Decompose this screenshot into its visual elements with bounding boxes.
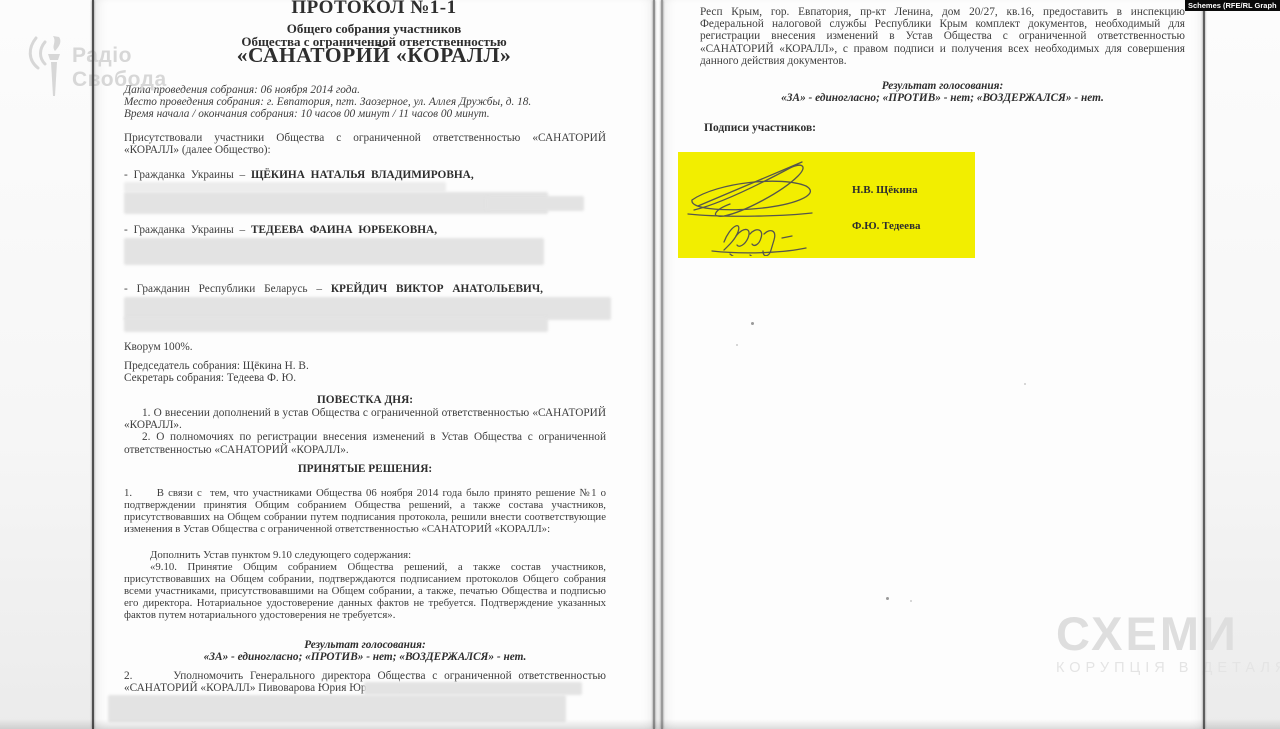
participant-line-2: - Гражданка Украины – ТЕДЕЕВА ФАИНА ЮРБЕ… (124, 224, 606, 236)
scan-speck (736, 344, 738, 346)
schemes-source-badge: Schemes (RFE/RL Graph (1185, 0, 1280, 11)
redaction-block (124, 238, 544, 265)
attendees-intro: Присутствовали участники Общества с огра… (124, 132, 606, 156)
doc-title: ПРОТОКОЛ №1-1 (94, 2, 654, 14)
vote-result-label-2: Результат голосования: (700, 80, 1185, 92)
signature-highlight-box: Н.В. Щёкина Ф.Ю. Тедеева (678, 152, 975, 258)
secretary-line: Секретарь собрания: Тедеева Ф. Ю. (124, 372, 606, 384)
signatory-name-1: Н.В. Щёкина (852, 184, 918, 196)
skhemy-title: СХЕМИ (1056, 610, 1280, 658)
radio-svoboda-watermark: Радіо Свобода (24, 34, 167, 100)
radio-svoboda-text: Радіо Свобода (72, 44, 167, 100)
meeting-meta: Дата проведения собрания: 06 ноября 2014… (124, 84, 606, 121)
meeting-time: Время начала / окончания собрания: 10 ча… (124, 108, 606, 120)
document-page-left: ПРОТОКОЛ №1-1 Общего собрания участников… (94, 0, 654, 729)
participant-1-prefix: - Гражданка Украины – (124, 169, 251, 181)
scan-speck (910, 600, 912, 602)
radio-svoboda-line1: Радіо (72, 44, 167, 68)
participant-2-prefix: - Гражданка Украины – (124, 224, 251, 236)
agenda-item-1: 1. О внесении дополнений в устав Обществ… (124, 407, 606, 431)
signatory-name-2: Ф.Ю. Тедеева (852, 220, 921, 232)
scan-speck (886, 597, 889, 600)
decision-1-para-3: «9.10. Принятие Общим собранием Общества… (124, 561, 606, 621)
participant-line-1: - Гражданка Украины – ЩЁКИНА НАТАЛЬЯ ВЛА… (124, 169, 606, 181)
decision-1-para-2: Дополнить Устав пунктом 9.10 следующего … (124, 549, 606, 561)
decisions-heading: ПРИНЯТЫЕ РЕШЕНИЯ: (124, 463, 606, 475)
participant-line-3: - Гражданин Республики Беларусь – КРЕЙДИ… (124, 283, 606, 295)
page-edge-center-left (653, 0, 655, 729)
meeting-date: Дата проведения собрания: 06 ноября 2014… (124, 84, 606, 96)
redaction-block (124, 192, 548, 214)
frame-bottom-shadow (0, 719, 1280, 729)
chairman-line: Председатель собрания: Щёкина Н. В. (124, 360, 606, 372)
redaction-block (124, 182, 446, 192)
meeting-place: Место проведения собрания: г. Евпатория,… (124, 96, 606, 108)
signature-scribbles (684, 154, 854, 256)
decision-1-para-1: 1. В связи с тем, что участниками Общест… (124, 487, 606, 535)
redaction-block (108, 695, 566, 722)
redaction-block (486, 196, 584, 211)
scan-speck (751, 322, 754, 325)
participant-2-name: ТЕДЕЕВА ФАИНА ЮРБЕКОВНА, (251, 224, 437, 236)
radio-svoboda-line2: Свобода (72, 68, 167, 92)
page-edge-center-right (661, 0, 663, 729)
signatures-heading: Подписи участников: (704, 122, 816, 134)
vote-result-text-2: «ЗА» - единогласно; «ПРОТИВ» - нет; «ВОЗ… (700, 92, 1185, 104)
skhemy-subtitle: КОРУПЦІЯ В ДЕТАЛЯХ (1056, 660, 1280, 676)
vote-result-text: «ЗА» - единогласно; «ПРОТИВ» - нет; «ВОЗ… (124, 651, 606, 663)
video-frame: ПРОТОКОЛ №1-1 Общего собрания участников… (0, 0, 1280, 729)
quorum-line: Кворум 100%. (124, 341, 606, 353)
authorization-paragraph: Респ Крым, гор. Евпатория, пр-кт Ленина,… (700, 6, 1185, 67)
agenda-heading: ПОВЕСТКА ДНЯ: (124, 394, 606, 406)
doc-company-name: «САНАТОРИЙ «КОРАЛЛ» (94, 49, 654, 61)
participant-1-name: ЩЁКИНА НАТАЛЬЯ ВЛАДИМИРОВНА, (251, 169, 474, 181)
redaction-block (364, 682, 582, 695)
scan-speck (1024, 383, 1026, 385)
agenda-item-2: 2. О полномочиях по регистрации внесения… (124, 431, 606, 455)
page-edge-left (92, 0, 94, 729)
rfe-torch-icon (24, 34, 64, 100)
agenda-list: 1. О внесении дополнений в устав Обществ… (124, 407, 606, 456)
vote-result-label: Результат голосования: (124, 639, 606, 651)
page-edge-right (1203, 0, 1205, 729)
participant-3-prefix: - Гражданин Республики Беларусь – (124, 283, 331, 295)
redaction-block (124, 317, 548, 332)
participant-3-name: КРЕЙДИЧ ВИКТОР АНАТОЛЬЕВИЧ, (331, 283, 543, 295)
skhemy-watermark: СХЕМИ КОРУПЦІЯ В ДЕТАЛЯХ (1056, 610, 1280, 676)
